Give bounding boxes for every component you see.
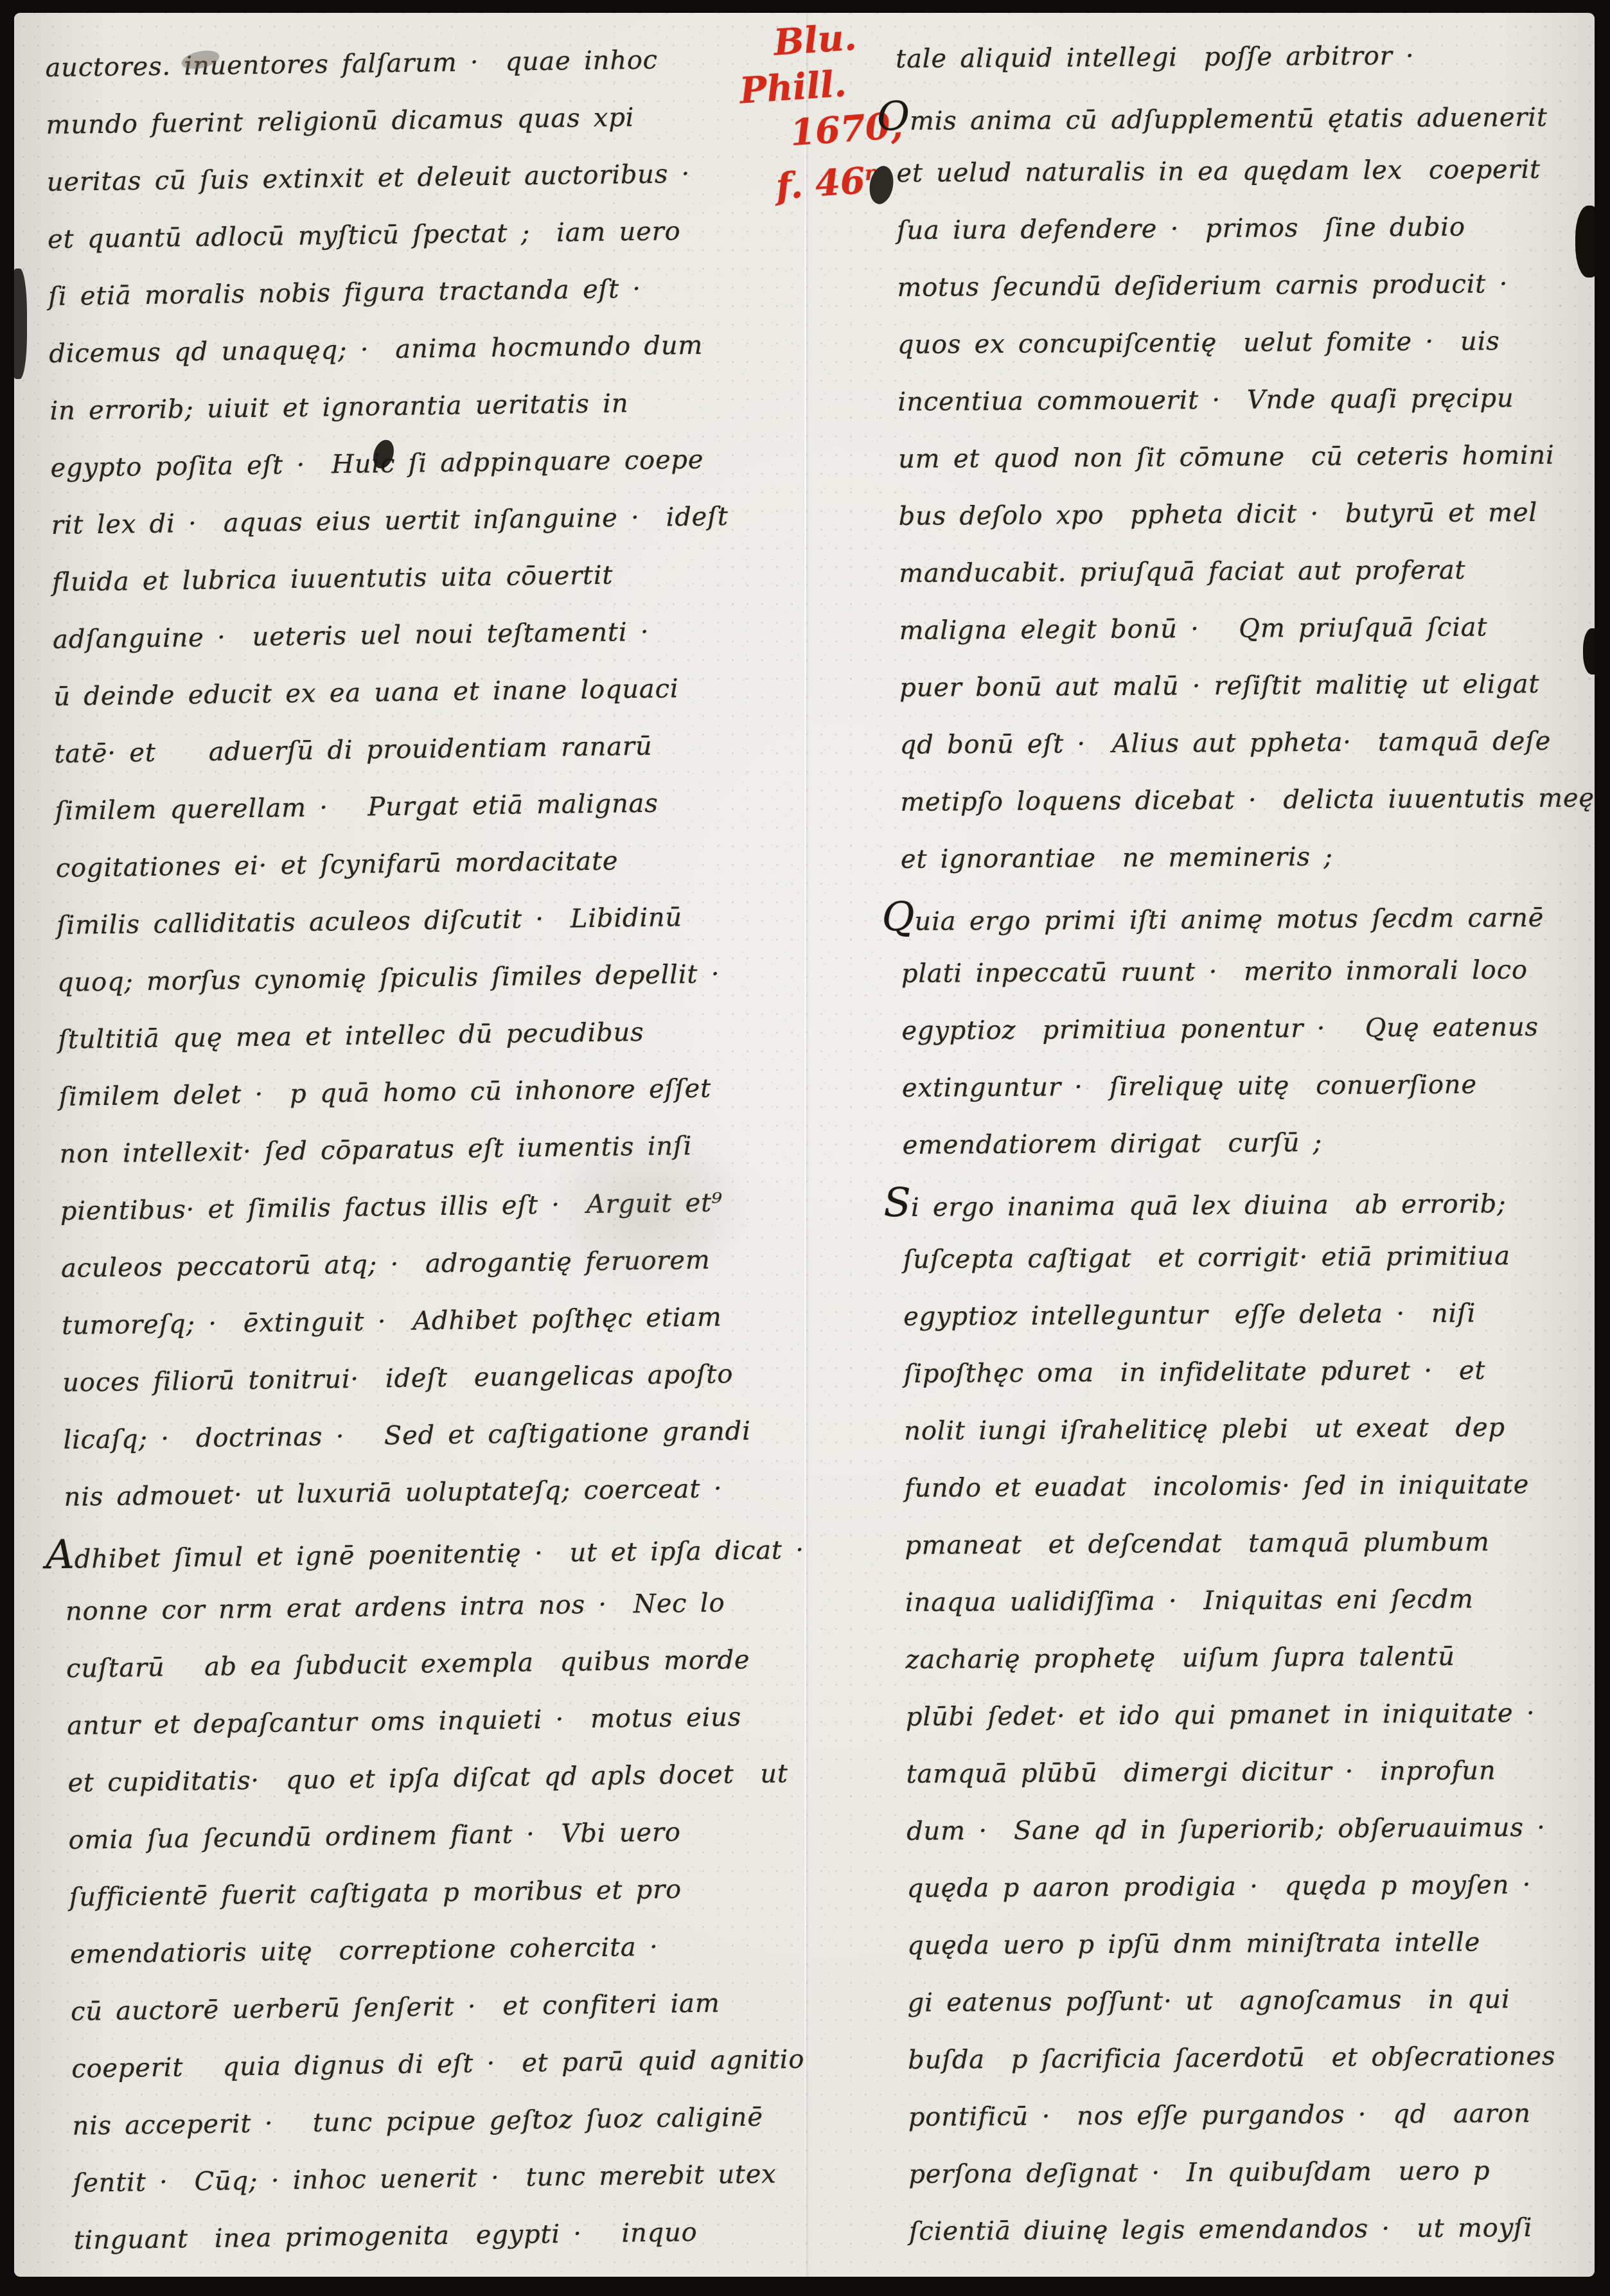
manuscript-text-line: zacharię prophetę uiſum ſupra talentū xyxy=(905,1630,1595,1691)
manuscript-text-line: egyptioz intelleguntur eſſe deleta · niſ… xyxy=(903,1287,1595,1348)
manuscript-text-line: ſua iura defendere · primos ſine dubio xyxy=(897,200,1595,262)
manuscript-text-line: dum · Sane qd in ſuperiorib; obſeruauimu… xyxy=(907,1801,1595,1863)
manuscript-text-line: ſimilem delet · p quā homo cū inhonore e… xyxy=(58,1061,824,1129)
manuscript-text-line: coeperit quia dignus di eſt · et parū qu… xyxy=(71,2033,836,2101)
manuscript-text-line: tatē· et aduerſū di prouidentiam ranarū xyxy=(54,718,819,786)
manuscript-text-line: incentiua commouerit · Vnde quaſi pręcip… xyxy=(898,372,1595,434)
manuscript-text-line: ſufficientē fuerit caſtigata p moribus e… xyxy=(69,1862,834,1929)
manuscript-text-line: emendatiorem dirigat curſū ; xyxy=(902,1115,1595,1177)
manuscript-text-line: cū auctorē uerberū ſenſerit · et confite… xyxy=(71,1976,836,2044)
manuscript-text-line: plūbi ſedet· et ido qui pmanet in iniqui… xyxy=(906,1687,1595,1749)
scan-background: Blu. Phill. 1670, f. 46r auctores. inuen… xyxy=(0,0,1610,2296)
manuscript-text-line: extinguntur · ſireliquę uitę conuerſione xyxy=(902,1058,1595,1120)
manuscript-text-line: ſtultitiā quę mea et intellec dū pecudib… xyxy=(58,1004,823,1072)
manuscript-text-line: um et quod non ſit cōmune cū ceteris hom… xyxy=(898,429,1595,491)
manuscript-text-line: uoces filiorū tonitrui· ideſt euangelica… xyxy=(62,1347,827,1415)
manuscript-page: Blu. Phill. 1670, f. 46r auctores. inuen… xyxy=(14,13,1595,2277)
manuscript-text-line: pmaneat et deſcendat tamquā plumbum xyxy=(905,1515,1595,1577)
manuscript-text-line: Omis anima cū adſupplementū ętatis aduen… xyxy=(896,86,1595,148)
manuscript-text-line: cogitationes ei· et ſcynifarū mordacitat… xyxy=(55,833,820,900)
manuscript-text-line: ueritas cū ſuis extinxit et deleuit auct… xyxy=(46,146,811,214)
manuscript-text-line: adſanguine · ueteris uel noui teſtamenti… xyxy=(53,604,818,671)
manuscript-text-line: egypto poſita eſt · Huic ſi adppinquare … xyxy=(50,432,815,500)
manuscript-text-line: antur et depaſcantur oms inquieti · motu… xyxy=(67,1690,832,1758)
manuscript-text-line: licaſq; · doctrinas · Sed et caſtigation… xyxy=(63,1404,828,1472)
manuscript-text-line: Si ergo inanima quā lex diuina ab errori… xyxy=(903,1172,1595,1234)
manuscript-text-line: et quantū adlocū myſticū ſpectat ; iam u… xyxy=(47,204,812,271)
manuscript-text-line: tamquā plūbū dimergi dicitur · inprofun xyxy=(906,1744,1595,1806)
manuscript-text-line: bus deſolo xpo ppheta dicit · butyrū et … xyxy=(898,486,1595,548)
manuscript-text-line: rit lex di · aquas eius uertit inſanguin… xyxy=(51,490,816,557)
manuscript-text-line: mundo fuerint religionū dicamus quas xpi xyxy=(46,89,811,157)
scan-edge-streak xyxy=(14,269,27,379)
manuscript-text-line: emendatioris uitę correptione cohercita … xyxy=(69,1919,835,1986)
manuscript-text-line: maligna elegit bonū · Qm priuſquā ſciat xyxy=(899,601,1595,662)
ink-blot-page-edge xyxy=(1575,206,1595,278)
manuscript-text-line: dicemus qd unaquęq; · anima hocmundo dum xyxy=(49,318,814,385)
manuscript-text-line: quęda uero p ipſū dnm miniſtrata intelle xyxy=(907,1916,1595,1977)
manuscript-text-line: ſimilem querellam · Purgat etiā malignas xyxy=(55,775,820,843)
manuscript-text-line: perſona deſignat · In quibuſdam uero p xyxy=(908,2144,1595,2206)
manuscript-text-line: motus ſecundū deſiderium carnis producit… xyxy=(897,258,1595,319)
manuscript-text-line: pontificū · nos eſſe purgandos · qd aaro… xyxy=(908,2087,1595,2149)
manuscript-text-line: et uelud naturalis in ea quędam lex coep… xyxy=(896,143,1595,205)
manuscript-text-line: metipſo loquens dicebat · delicta iuuent… xyxy=(900,772,1595,834)
text-column-right: tale aliquid intellegi poſſe arbitror ·O… xyxy=(896,29,1595,2263)
manuscript-text-line: in errorib; uiuit et ignorantia ueritati… xyxy=(49,375,815,443)
manuscript-text-line: auctores. inuentores falſarum · quae inh… xyxy=(45,32,810,100)
manuscript-text-line: et ignorantiae ne memineris ; xyxy=(901,829,1595,891)
manuscript-text-line: cuſtarū ab ea ſubducit exempla quibus mo… xyxy=(66,1633,831,1700)
manuscript-text-line: quęda p aaron prodigia · quęda p moyſen … xyxy=(907,1859,1595,1920)
manuscript-text-line: puer bonū aut malū · reſiſtit malitię ut… xyxy=(899,658,1595,720)
manuscript-text-line: quos ex concupiſcentię uelut fomite · ui… xyxy=(898,315,1595,376)
manuscript-text-line: ū deinde educit ex ea uana et inane loqu… xyxy=(53,661,818,729)
manuscript-text-line: fluida et lubrica iuuentutis uita cōuert… xyxy=(51,547,817,614)
manuscript-text-line: fundo et euadat incolomis· ſed in iniqui… xyxy=(905,1458,1595,1520)
manuscript-text-line: ſuſcepta caſtigat et corrigit· etiā prim… xyxy=(903,1230,1595,1291)
show-through-smudge xyxy=(541,1122,753,1295)
manuscript-text-line: nis admouet· ut luxuriā uoluptateſq; coe… xyxy=(64,1461,829,1529)
ink-blot-page-edge xyxy=(1583,628,1595,675)
manuscript-text-line: ſcientiā diuinę legis emendandos · ut mo… xyxy=(909,2202,1595,2263)
manuscript-text-line: Quia ergo primi iſti animę motus ſecdm c… xyxy=(901,887,1595,948)
manuscript-text-line: ſentit · Cūq; · inhoc uenerit · tunc mer… xyxy=(73,2148,838,2215)
manuscript-text-line: nis acceperit · tunc pcipue geſtoz ſuoz … xyxy=(72,2090,837,2158)
manuscript-text-line: ſipoſthęc oma in infidelitate pduret · e… xyxy=(904,1344,1595,1406)
manuscript-text-line: ſimilis calliditatis aculeos diſcutit · … xyxy=(56,890,821,957)
manuscript-text-line: gi eatenus poſſunt· ut agnoſcamus in qui xyxy=(907,1973,1595,2035)
manuscript-text-line: plati inpeccatū ruunt · merito inmorali … xyxy=(901,944,1595,1005)
manuscript-text-line: tale aliquid intellegi poſſe arbitror · xyxy=(896,29,1595,91)
manuscript-text-line: tinguant inea primogenita egypti · inquo xyxy=(73,2205,838,2272)
manuscript-text-line: inaqua ualidiſſima · Iniquitas eni ſecdm xyxy=(905,1573,1595,1634)
manuscript-text-line: tumoreſq; · ēxtinguit · Adhibet poſthęc … xyxy=(62,1290,827,1357)
manuscript-text-line: egyptioz primitiua ponentur · Quę eatenu… xyxy=(901,1001,1595,1063)
manuscript-text-line: qd bonū eſt · Alius aut ppheta· tamquā d… xyxy=(900,715,1595,777)
manuscript-text-line: omia ſua ſecundū ordinem fiant · Vbi uer… xyxy=(68,1805,833,1872)
manuscript-text-line: Adhibet ſimul et ignē poenitentię · ut e… xyxy=(64,1519,829,1586)
manuscript-text-line: buſda p ſacrificia ſacerdotū et obſecrat… xyxy=(908,2030,1595,2092)
manuscript-text-line: nolit iungi iſraheliticę plebi ut exeat … xyxy=(904,1401,1595,1463)
manuscript-text-line: nonne cor nrm erat ardens intra nos · Ne… xyxy=(65,1576,830,1643)
manuscript-text-line: quoq; morſus cynomię ſpiculis ſimiles de… xyxy=(57,947,822,1014)
manuscript-text-line: et cupiditatis· quo et ipſa diſcat qd ap… xyxy=(67,1747,833,1815)
manuscript-text-line: ſi etiā moralis nobis figura tractanda e… xyxy=(48,261,813,328)
manuscript-text-line: manducabit. priuſquā faciat aut proferat xyxy=(899,543,1595,605)
